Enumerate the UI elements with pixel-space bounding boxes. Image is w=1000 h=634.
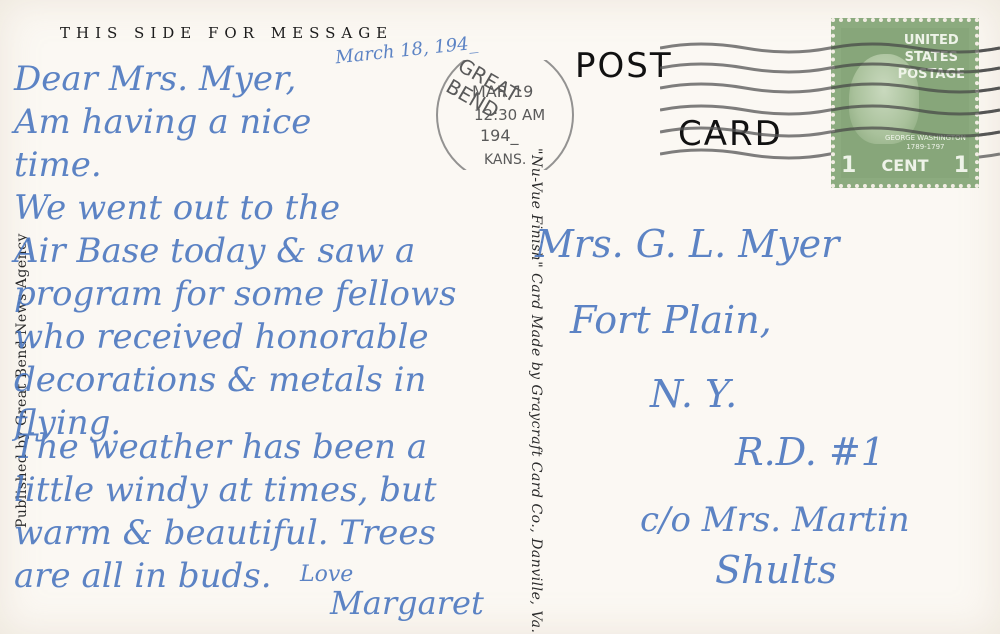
address-town: Fort Plain, xyxy=(570,298,772,342)
address-care-of-surname: Shults xyxy=(715,548,837,592)
address-state: N. Y. xyxy=(650,372,737,416)
message-side-header: THIS SIDE FOR MESSAGE xyxy=(60,24,393,42)
signature: Margaret xyxy=(330,584,484,622)
address-name: Mrs. G. L. Myer xyxy=(535,222,839,266)
stamp-cancel-lines-icon xyxy=(831,40,1000,170)
post-label: POST xyxy=(575,46,673,86)
address-route: R.D. #1 xyxy=(735,430,885,474)
maker-credit: "Nu-Vue Finish" Card Made by Graycraft C… xyxy=(528,148,544,568)
handwritten-message: Dear Mrs. Myer, Am having a nice time. W… xyxy=(14,58,457,598)
address-care-of: c/o Mrs. Martin xyxy=(640,500,910,540)
postcard-back: THIS SIDE FOR MESSAGE POST CARD Publishe… xyxy=(0,0,1000,634)
